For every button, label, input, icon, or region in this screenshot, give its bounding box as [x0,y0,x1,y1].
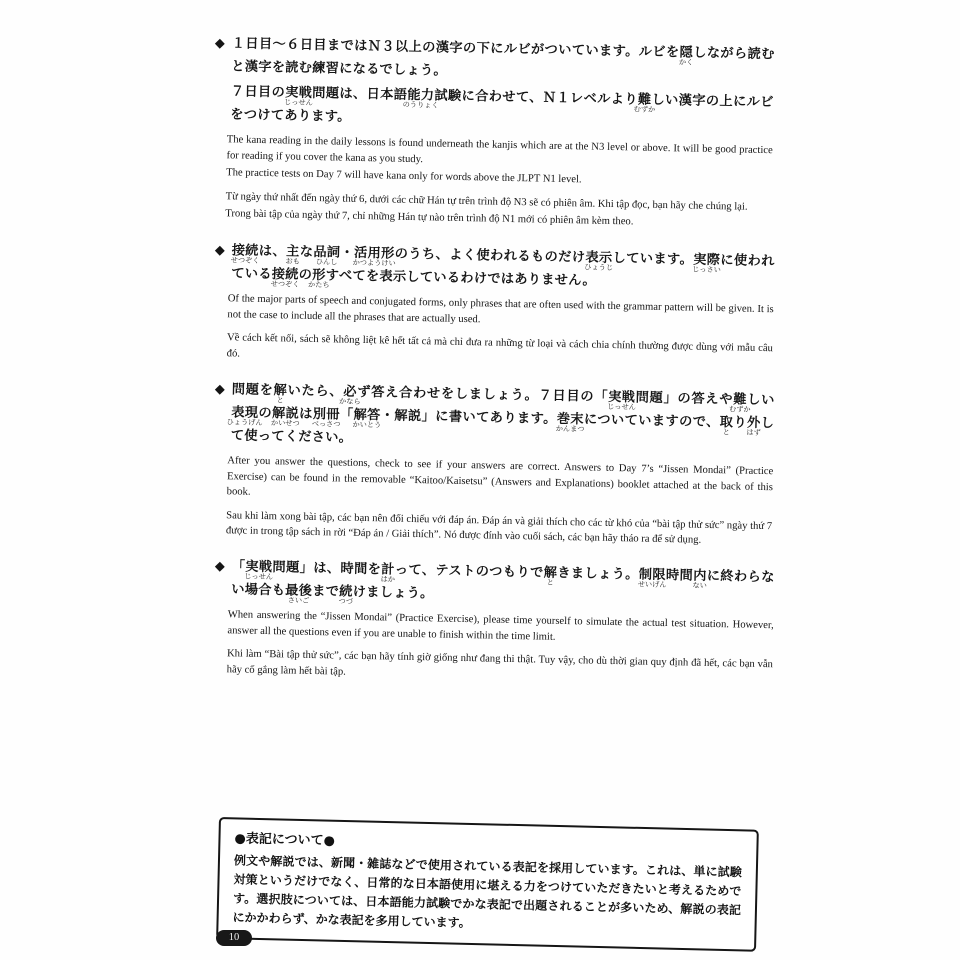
text-block-4: ◆「実戦じっせん問題」は、時間を計はかって、テストのつもりで解ときましょう。制限… [213,555,775,688]
english-paragraph: After you answer the questions, check to… [227,453,774,510]
english-translation: Of the major parts of speech and conjuga… [227,291,774,333]
ruby-word: 取と [720,411,734,434]
vietnamese-paragraph: Khi làm “Bài tập thử sức”, các bạn hãy t… [227,646,774,688]
furigana-text: かいせつ [271,418,300,426]
diamond-bullet-icon: ◆ [215,239,226,262]
ruby-word: 活用形かつようけい [354,241,395,265]
japanese-paragraph: ◆１日目〜６日目まではＮ３以上の漢字の下にルビがついています。ルビを隠かくしなが… [231,32,775,89]
furigana-text: のうりょく [403,100,439,108]
ruby-word: 接続せつぞく [272,263,299,287]
furigana-text: はか [381,575,396,582]
ruby-word: 能力のうりょく [407,84,434,108]
japanese-paragraph: ◆接続せつぞくは、主おもな品詞ひんし・活用形かつようけいのうち、よく使われるもの… [231,239,775,296]
text-block-1: ◆１日目〜６日目まではＮ３以上の漢字の下にルビがついています。ルビを隠かくしなが… [211,32,775,233]
furigana-text: じっせん [607,402,636,410]
ruby-word: 必かなら [343,380,357,403]
diamond-bullet-icon: ◆ [215,555,226,578]
furigana-text: せつぞく [231,255,260,263]
furigana-text: じっせん [244,572,273,580]
vietnamese-translation: Khi làm “Bài tập thử sức”, các bạn hãy t… [227,646,774,688]
scanned-book-page: ◆１日目〜６日目まではＮ３以上の漢字の下にルビがついています。ルビを隠かくしなが… [0,0,960,960]
english-translation: After you answer the questions, check to… [227,453,774,510]
ruby-word: 解と [543,562,557,585]
furigana-text: べっさつ [312,419,341,427]
text-block-3: ◆問題を解といたら、必かならず答え合わせをしましょう。７日目の「実戦じっせん問題… [212,378,775,550]
ruby-word: 実際じっさい [693,248,720,272]
furigana-text: せいげん [638,580,667,588]
furigana-text: さいご [288,596,310,604]
diamond-bullet-icon: ◆ [215,32,226,55]
furigana-text: かたち [308,280,330,288]
furigana-text: つづ [339,597,354,604]
furigana-text: むずか [634,105,656,113]
furigana-text: ひょうげん [227,417,263,425]
vietnamese-translation: Từ ngày thứ nhất đến ngày thứ 6, dưới cá… [225,189,772,233]
english-paragraph: Of the major parts of speech and conjuga… [227,291,774,333]
ruby-word: 解と [273,379,287,402]
ruby-word: 接続せつぞく [232,239,259,263]
ruby-word: 主おも [286,240,300,263]
notice-body: 例文や解説では、新聞・雑誌などで使用されている表記を採用しています。これは、単に… [232,851,742,939]
japanese-paragraph: ◆問題を解といたら、必かならず答え合わせをしましょう。７日目の「実戦じっせん問題… [231,378,775,458]
ruby-word: 難むずか [638,89,652,112]
notation-notice-box: ●表記について● 例文や解説では、新聞・雑誌などで使用されている表記を採用してい… [216,817,759,952]
ruby-word: 形かたち [312,263,326,286]
furigana-text: かく [679,58,694,65]
ruby-word: 表現ひょうげん [231,401,258,425]
furigana-text: せつぞく [271,279,300,287]
furigana-text: じっさい [692,265,721,273]
ruby-word: 外はず [747,411,761,434]
vietnamese-translation: Sau khi làm xong bài tập, các bạn nên đố… [226,507,773,549]
diamond-bullet-icon: ◆ [215,378,226,401]
vietnamese-paragraph: Sau khi làm xong bài tập, các bạn nên đố… [226,507,773,549]
furigana-text: かつようけい [353,258,396,266]
furigana-text: はず [746,428,761,435]
furigana-text: と [723,427,730,434]
ruby-word: 品詞ひんし [313,240,340,264]
ruby-word: 解説かいせつ [272,402,299,426]
text-block-2: ◆接続せつぞくは、主おもな品詞ひんし・活用形かつようけいのうち、よく使われるもの… [213,239,775,372]
japanese-paragraph: ７日目の実戦じっせん問題は、日本語能力のうりょく試験に合わせて、Ｎ１レベルより難… [230,80,774,137]
english-translation: When answering the “Jissen Mondai” (Prac… [227,607,774,649]
ruby-word: 実戦じっせん [608,385,635,409]
furigana-text: じっせん [284,98,313,106]
vietnamese-translation: Về cách kết nối, sách sẽ không liệt kê h… [227,330,774,372]
furigana-text: と [547,578,554,585]
ruby-word: 実戦じっせん [245,556,272,580]
ruby-word: 内ない [693,565,707,588]
ruby-word: 表示ひょうじ [585,246,612,270]
ruby-word: 巻末かんまつ [557,407,584,431]
ruby-word: 解答かいとう [353,403,380,427]
furigana-text: ひょうじ [584,262,613,270]
page-number-badge: 10 [216,930,252,946]
english-translation: The kana reading in the daily lessons is… [226,132,773,191]
ruby-word: 隠かく [679,41,693,64]
ruby-word: 別冊べっさつ [313,402,340,426]
instruction-blocks: ◆１日目〜６日目まではＮ３以上の漢字の下にルビがついています。ルビを隠かくしなが… [215,32,775,694]
ruby-word: 制限せいげん [639,564,666,588]
ruby-word: 続つづ [339,581,353,604]
ruby-word: 実戦じっせん [285,81,312,105]
furigana-text: かいとう [352,420,381,428]
ruby-word: 計はか [381,558,395,581]
ruby-word: 最後さいご [285,579,312,603]
furigana-text: かんまつ [556,424,585,432]
japanese-paragraph: ◆「実戦じっせん問題」は、時間を計はかって、テストのつもりで解ときましょう。制限… [231,555,775,612]
vietnamese-paragraph: Về cách kết nối, sách sẽ không liệt kê h… [227,330,774,372]
furigana-text: ない [692,581,707,588]
ruby-word: 難むずか [733,388,747,411]
english-paragraph: When answering the “Jissen Mondai” (Prac… [227,607,774,649]
